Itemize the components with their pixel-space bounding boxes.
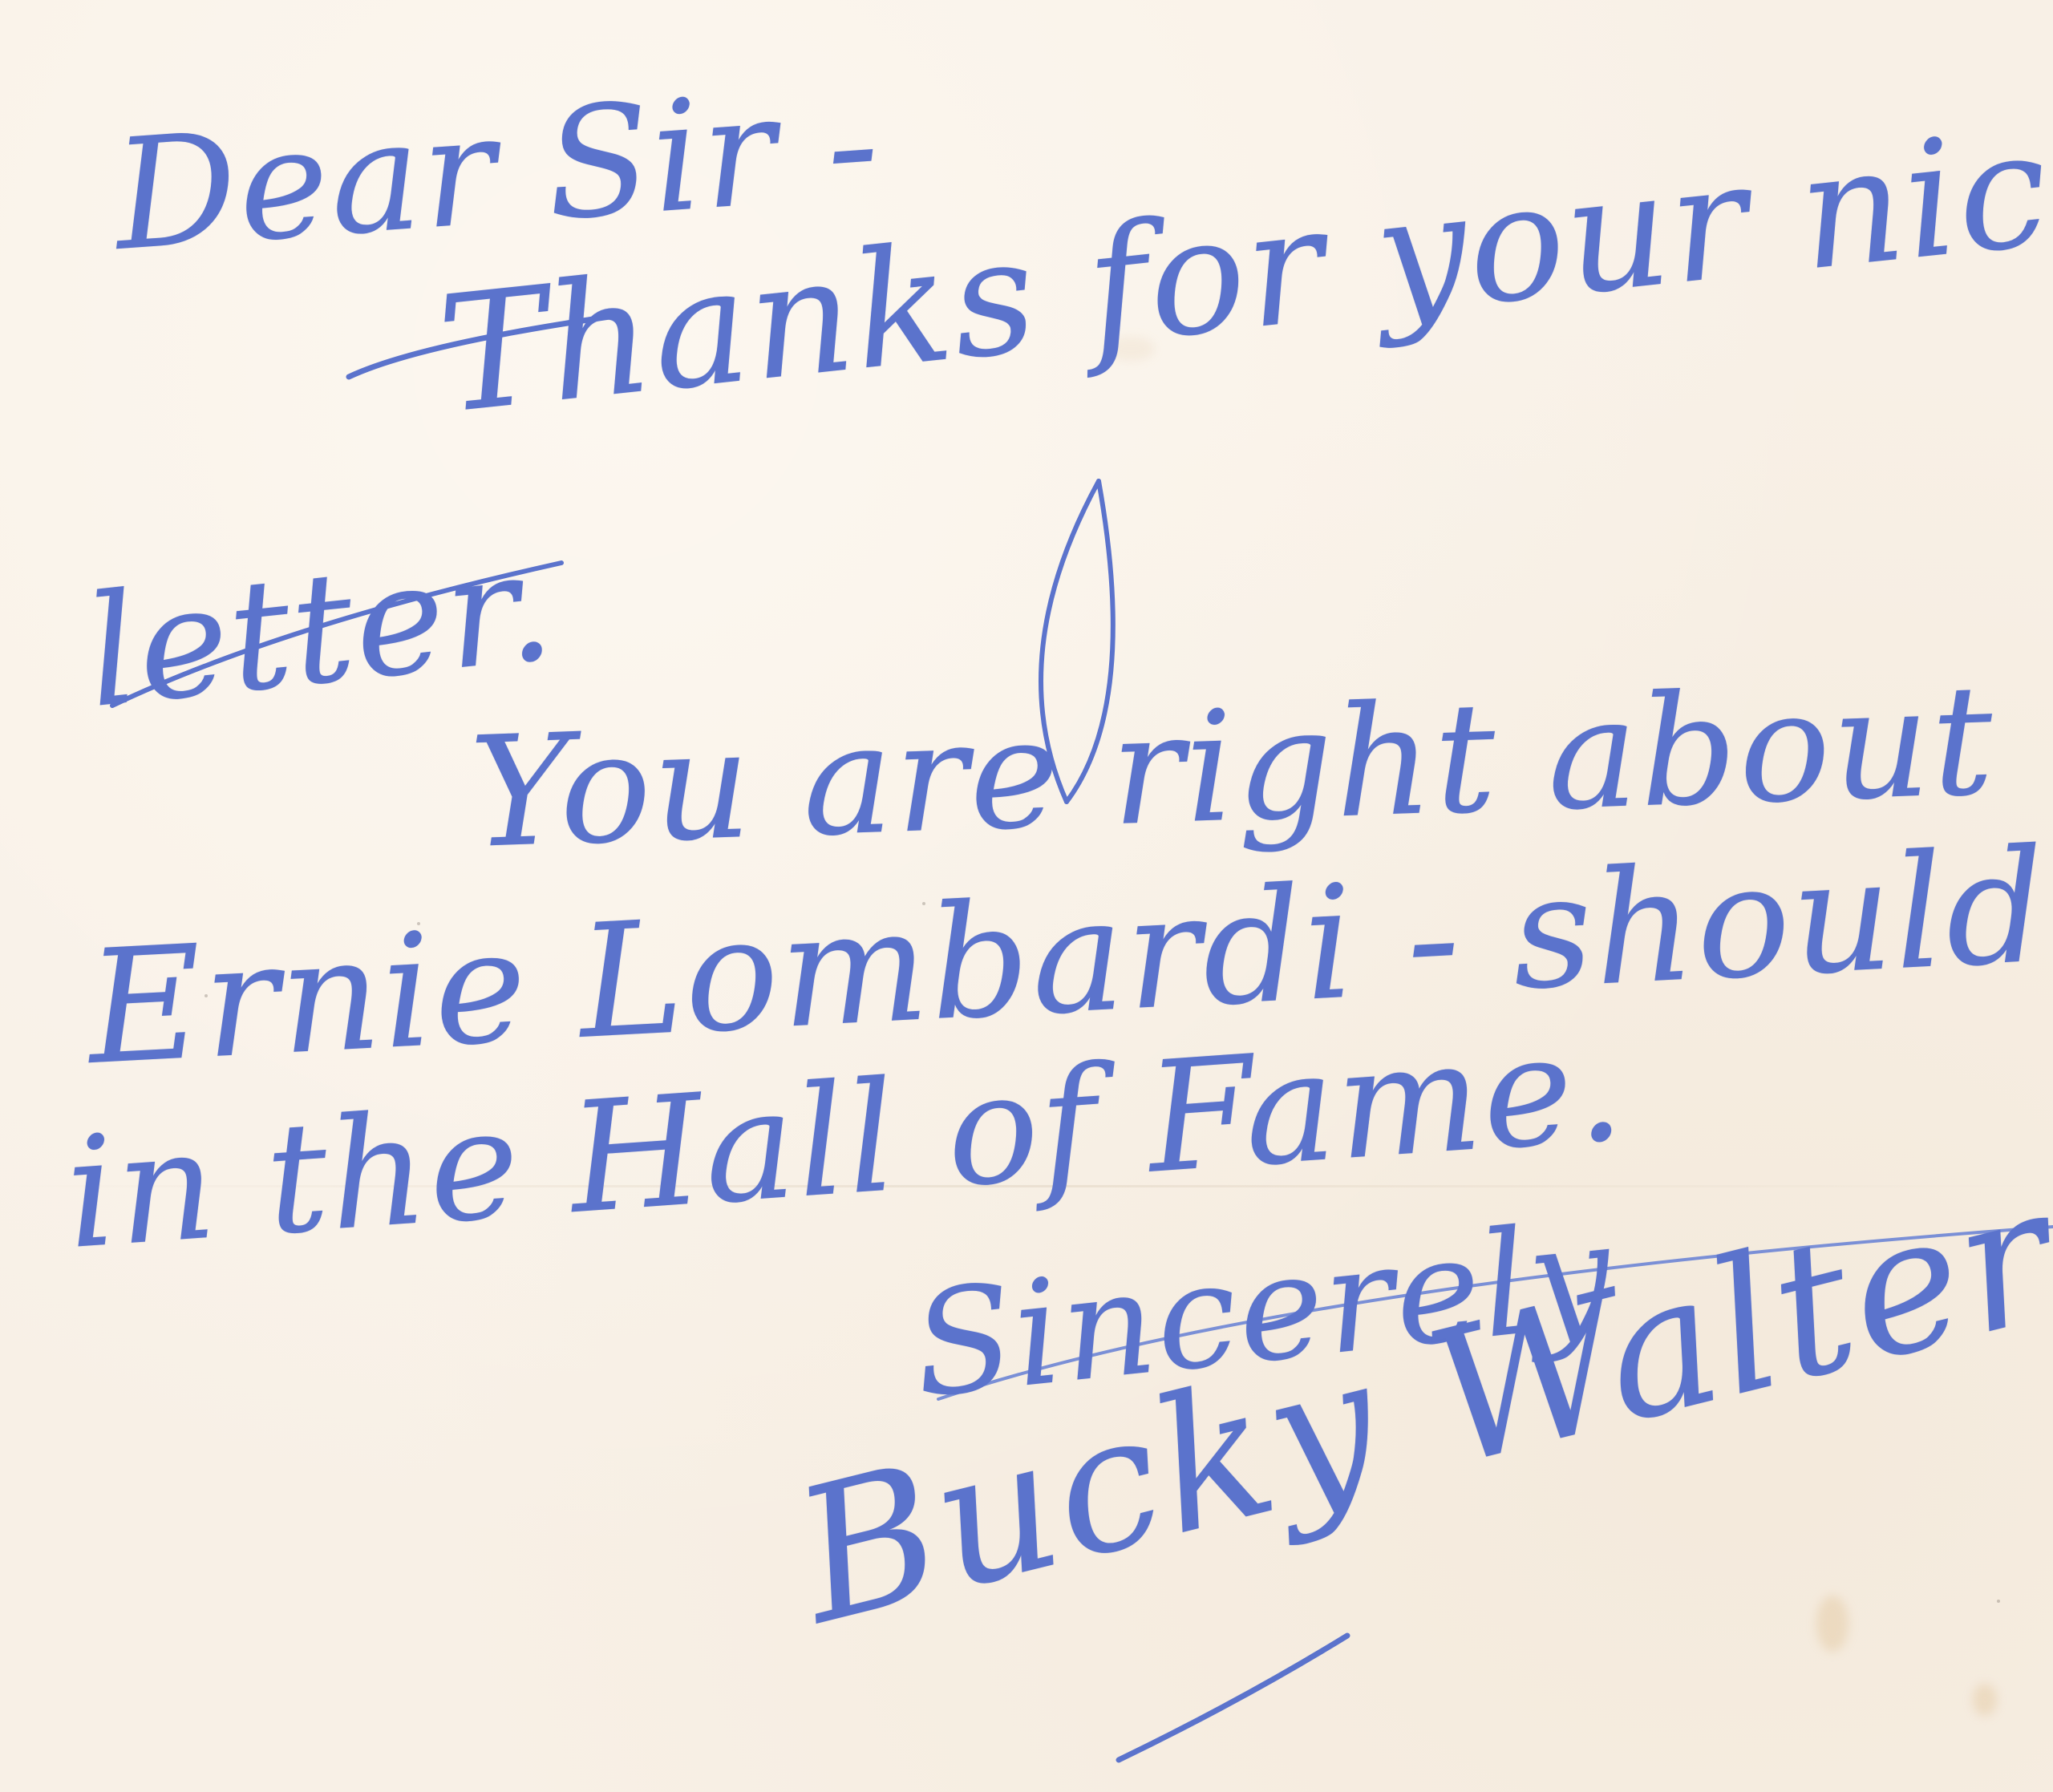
body-line-2: letter. [80, 529, 561, 730]
letter-paper: Dear Sir - Thanks for your nice letter. … [0, 0, 2053, 1792]
paper-stain [1973, 1684, 1997, 1716]
paper-speck [1997, 1600, 2000, 1603]
signature-underline-stroke [1119, 1636, 1347, 1760]
paper-stain [1816, 1596, 1849, 1652]
